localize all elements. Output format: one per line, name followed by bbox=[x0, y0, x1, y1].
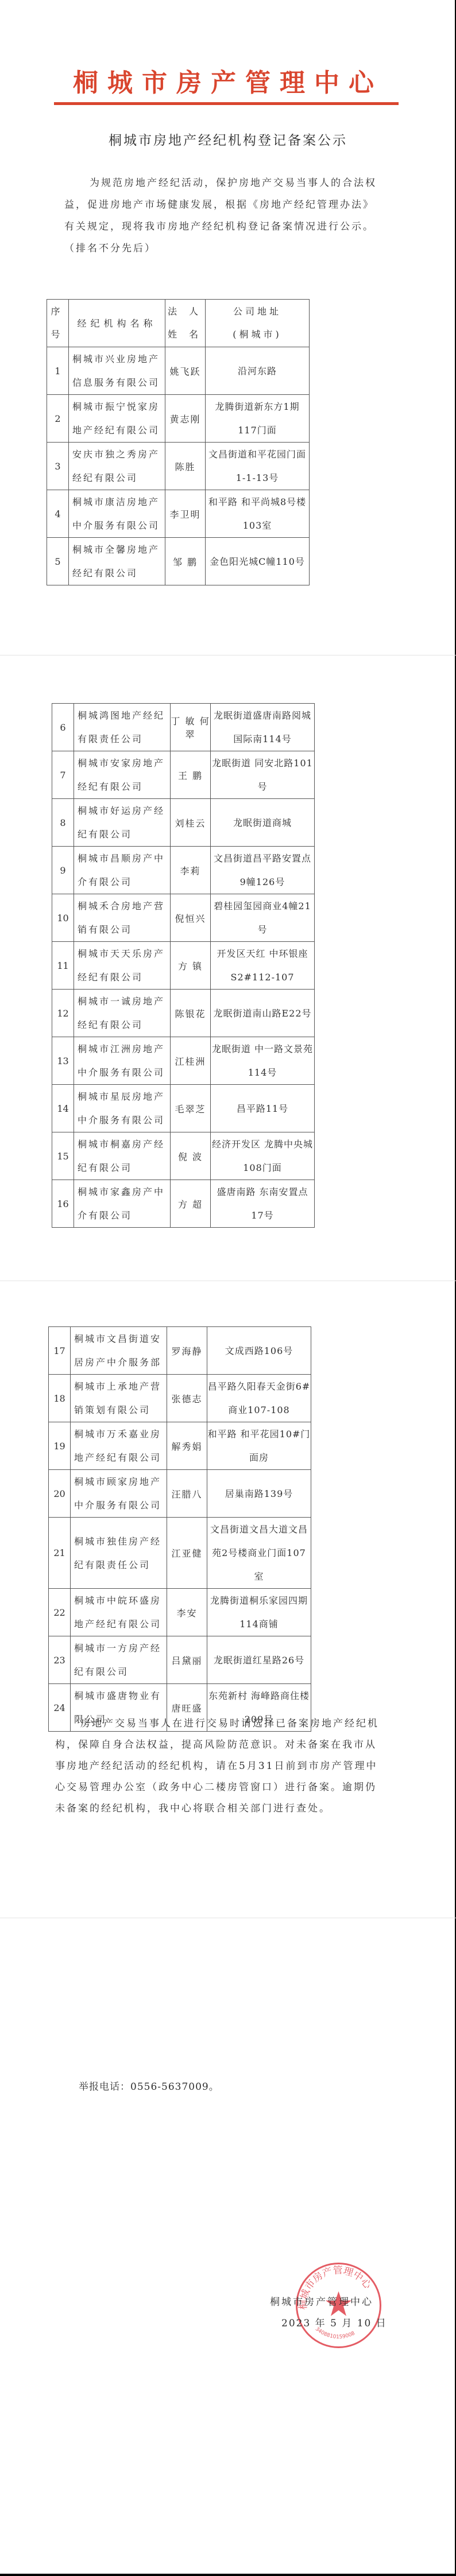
registry-table-part-2: 6桐城鸿图地产经纪有限责任公司丁 敏 何翠龙眠街道盛唐南路阅城国际南114号7桐… bbox=[52, 703, 315, 1228]
legal-representative: 黄志刚 bbox=[165, 395, 206, 443]
legal-representative: 张德志 bbox=[167, 1375, 207, 1422]
row-number: 21 bbox=[49, 1518, 71, 1589]
registry-table-part-3: 17桐城市文昌街道安居房产中介服务部罗海静文成西路106号18桐城市上承地产营销… bbox=[48, 1326, 311, 1732]
agency-name: 桐城市安家房地产经纪有限公司 bbox=[74, 751, 171, 799]
agency-name: 安庆市独之秀房产经纪有限公司 bbox=[69, 443, 165, 490]
table-row: 19桐城市万禾嘉业房地产经纪有限公司解秀娟和平路 和平花园10#门面房 bbox=[49, 1422, 311, 1470]
agency-name: 桐城市一诚房地产经纪有限公司 bbox=[74, 990, 171, 1037]
company-address: 龙眠街道红星路26号 bbox=[207, 1636, 311, 1684]
masthead-org-name: 桐城市房产管理中心 bbox=[0, 62, 456, 99]
table-row: 16桐城市家鑫房产中介有限公司方 超盛唐南路 东南安置点17号 bbox=[52, 1180, 315, 1228]
company-address: 昌平路11号 bbox=[211, 1085, 315, 1132]
row-number: 18 bbox=[49, 1375, 71, 1422]
header-no: 序号 bbox=[47, 300, 69, 347]
registry-table-part-1: 序号 经纪机构名称 法 人姓 名 公司地址(桐城市) 1桐城市兴业房地产信息服务… bbox=[47, 299, 310, 585]
legal-representative: 姚飞跃 bbox=[165, 347, 206, 395]
table-row: 18桐城市上承地产营销策划有限公司张德志昌平路久阳春天金街6#商业107-108 bbox=[49, 1375, 311, 1422]
company-address: 龙眠街道盛唐南路阅城国际南114号 bbox=[211, 704, 315, 751]
row-number: 23 bbox=[49, 1636, 71, 1684]
legal-representative: 江桂洲 bbox=[171, 1037, 211, 1085]
agency-name: 桐城市昌顺房产中介有限公司 bbox=[74, 847, 171, 894]
agency-name: 桐城市星辰房地产中介服务有限公司 bbox=[74, 1085, 171, 1132]
company-address: 沿河东路 bbox=[206, 347, 310, 395]
agency-name: 桐城市桐嘉房产经纪有限公司 bbox=[74, 1132, 171, 1180]
table-row: 17桐城市文昌街道安居房产中介服务部罗海静文成西路106号 bbox=[49, 1327, 311, 1375]
agency-name: 桐城市天天乐房产经纪有限公司 bbox=[74, 942, 171, 990]
legal-representative: 李安 bbox=[167, 1589, 207, 1636]
agency-name: 桐城市振宁悦家房地产经纪有限公司 bbox=[69, 395, 165, 443]
legal-representative: 方 镇 bbox=[171, 942, 211, 990]
table-row: 1桐城市兴业房地产信息服务有限公司姚飞跃沿河东路 bbox=[47, 347, 310, 395]
table-row: 9桐城市昌顺房产中介有限公司李莉文昌街道昌平路安置点9幢126号 bbox=[52, 847, 315, 894]
row-number: 22 bbox=[49, 1589, 71, 1636]
agency-name: 桐城市顾家房地产中介服务有限公司 bbox=[71, 1470, 167, 1518]
company-address: 文昌街道文昌大道文昌苑2号楼商业门面107室 bbox=[207, 1518, 311, 1589]
report-phone: 举报电话：0556-5637009。 bbox=[79, 2078, 219, 2093]
legal-representative: 丁 敏 何翠 bbox=[171, 704, 211, 751]
company-address: 金色阳光城C幢110号 bbox=[206, 538, 310, 585]
row-number: 4 bbox=[47, 490, 69, 538]
signature-date: 2023 年 5 月 10 日 bbox=[281, 2315, 387, 2329]
row-number: 19 bbox=[49, 1422, 71, 1470]
table-row: 23桐城市一方房产经纪有限公司吕黛丽龙眠街道红星路26号 bbox=[49, 1636, 311, 1684]
company-address: 开发区天红 中环银座S2#112-107 bbox=[211, 942, 315, 990]
row-number: 1 bbox=[47, 347, 69, 395]
agency-name: 桐城市好运房产经纪有限公司 bbox=[74, 799, 171, 847]
company-address: 龙眠街道 同安北路101号 bbox=[211, 751, 315, 799]
table-row: 10桐城禾合房地产营销有限公司倪恒兴碧桂园玺园商业4幢21号 bbox=[52, 894, 315, 942]
signature-org: 桐城市房产管理中心 bbox=[270, 2294, 373, 2308]
company-address: 和平路 和平尚城8号楼103室 bbox=[206, 490, 310, 538]
agency-name: 桐城市独佳房产经纪有限责任公司 bbox=[71, 1518, 167, 1589]
legal-representative: 毛翠芝 bbox=[171, 1085, 211, 1132]
row-number: 3 bbox=[47, 443, 69, 490]
legal-representative: 李莉 bbox=[171, 847, 211, 894]
table-row: 22桐城市中皖环盛房地产经纪有限公司李安龙腾街道桐乐家园四期114商铺 bbox=[49, 1589, 311, 1636]
agency-name: 桐城市一方房产经纪有限公司 bbox=[71, 1636, 167, 1684]
legal-representative: 倪 波 bbox=[171, 1132, 211, 1180]
row-number: 13 bbox=[52, 1037, 74, 1085]
company-address: 经济开发区 龙腾中央城108门面 bbox=[211, 1132, 315, 1180]
header-legal-rep: 法 人姓 名 bbox=[165, 300, 206, 347]
agency-name: 桐城市康洁房地产中介服务有限公司 bbox=[69, 490, 165, 538]
document-title: 桐城市房地产经纪机构登记备案公示 bbox=[0, 130, 456, 149]
legal-representative: 汪腊八 bbox=[167, 1470, 207, 1518]
table-row: 20桐城市顾家房地产中介服务有限公司汪腊八居巢南路139号 bbox=[49, 1470, 311, 1518]
company-address: 文昌街道昌平路安置点9幢126号 bbox=[211, 847, 315, 894]
row-number: 9 bbox=[52, 847, 74, 894]
table-row: 4桐城市康洁房地产中介服务有限公司李卫明和平路 和平尚城8号楼103室 bbox=[47, 490, 310, 538]
agency-name: 桐城市万禾嘉业房地产经纪有限公司 bbox=[71, 1422, 167, 1470]
row-number: 15 bbox=[52, 1132, 74, 1180]
notice-paragraph: 房地产交易当事人在进行交易时请选择已备案房地产经纪机构，保障自身合法权益，提高风… bbox=[55, 1713, 382, 1820]
legal-representative: 李卫明 bbox=[165, 490, 206, 538]
agency-name: 桐城市中皖环盛房地产经纪有限公司 bbox=[71, 1589, 167, 1636]
company-address: 碧桂园玺园商业4幢21号 bbox=[211, 894, 315, 942]
agency-name: 桐城市全馨房地产经纪有限公司 bbox=[69, 538, 165, 585]
header-agency-name: 经纪机构名称 bbox=[69, 300, 165, 347]
page-break-1 bbox=[0, 655, 456, 655]
legal-representative: 邹 鹏 bbox=[165, 538, 206, 585]
agency-name: 桐城鸿图地产经纪有限责任公司 bbox=[74, 704, 171, 751]
row-number: 20 bbox=[49, 1470, 71, 1518]
table-row: 7桐城市安家房地产经纪有限公司王 鹏龙眠街道 同安北路101号 bbox=[52, 751, 315, 799]
company-address: 龙腾街道桐乐家园四期114商铺 bbox=[207, 1589, 311, 1636]
company-address: 文成西路106号 bbox=[207, 1327, 311, 1375]
company-address: 盛唐南路 东南安置点17号 bbox=[211, 1180, 315, 1228]
legal-representative: 解秀娟 bbox=[167, 1422, 207, 1470]
page-frame-bottom bbox=[0, 2574, 456, 2576]
agency-name: 桐城市家鑫房产中介有限公司 bbox=[74, 1180, 171, 1228]
agency-name: 桐城市兴业房地产信息服务有限公司 bbox=[69, 347, 165, 395]
company-address: 居巢南路139号 bbox=[207, 1470, 311, 1518]
company-address: 和平路 和平花园10#门面房 bbox=[207, 1422, 311, 1470]
table-row: 14桐城市星辰房地产中介服务有限公司毛翠芝昌平路11号 bbox=[52, 1085, 315, 1132]
row-number: 8 bbox=[52, 799, 74, 847]
row-number: 5 bbox=[47, 538, 69, 585]
row-number: 7 bbox=[52, 751, 74, 799]
row-number: 10 bbox=[52, 894, 74, 942]
legal-representative: 罗海静 bbox=[167, 1327, 207, 1375]
legal-representative: 倪恒兴 bbox=[171, 894, 211, 942]
table-row: 2桐城市振宁悦家房地产经纪有限公司黄志刚龙腾街道新东方1期117门面 bbox=[47, 395, 310, 443]
legal-representative: 王 鹏 bbox=[171, 751, 211, 799]
row-number: 17 bbox=[49, 1327, 71, 1375]
legal-representative: 江亚健 bbox=[167, 1518, 207, 1589]
row-number: 16 bbox=[52, 1180, 74, 1228]
company-address: 龙眠街道 中一路文景苑114号 bbox=[211, 1037, 315, 1085]
company-address: 龙眠街道商城 bbox=[211, 799, 315, 847]
agency-name: 桐城市文昌街道安居房产中介服务部 bbox=[71, 1327, 167, 1375]
masthead-rule bbox=[54, 102, 399, 105]
table-row: 12桐城市一诚房地产经纪有限公司陈银花龙眠街道南山路E22号 bbox=[52, 990, 315, 1037]
table-row: 15桐城市桐嘉房产经纪有限公司倪 波经济开发区 龙腾中央城108门面 bbox=[52, 1132, 315, 1180]
row-number: 6 bbox=[52, 704, 74, 751]
table-row: 21桐城市独佳房产经纪有限责任公司江亚健文昌街道文昌大道文昌苑2号楼商业门面10… bbox=[49, 1518, 311, 1589]
row-number: 12 bbox=[52, 990, 74, 1037]
agency-name: 桐城禾合房地产营销有限公司 bbox=[74, 894, 171, 942]
company-address: 龙腾街道新东方1期117门面 bbox=[206, 395, 310, 443]
table-row: 5桐城市全馨房地产经纪有限公司邹 鹏金色阳光城C幢110号 bbox=[47, 538, 310, 585]
row-number: 11 bbox=[52, 942, 74, 990]
legal-representative: 方 超 bbox=[171, 1180, 211, 1228]
page-break-3 bbox=[0, 1918, 456, 1918]
company-address: 龙眠街道南山路E22号 bbox=[211, 990, 315, 1037]
company-address: 昌平路久阳春天金街6#商业107-108 bbox=[207, 1375, 311, 1422]
table-row: 6桐城鸿图地产经纪有限责任公司丁 敏 何翠龙眠街道盛唐南路阅城国际南114号 bbox=[52, 704, 315, 751]
table-row: 11桐城市天天乐房产经纪有限公司方 镇开发区天红 中环银座S2#112-107 bbox=[52, 942, 315, 990]
table-row: 13桐城市江洲房地产中介服务有限公司江桂洲龙眠街道 中一路文景苑114号 bbox=[52, 1037, 315, 1085]
row-number: 2 bbox=[47, 395, 69, 443]
agency-name: 桐城市上承地产营销策划有限公司 bbox=[71, 1375, 167, 1422]
header-address: 公司地址(桐城市) bbox=[206, 300, 310, 347]
legal-representative: 陈银花 bbox=[171, 990, 211, 1037]
legal-representative: 刘桂云 bbox=[171, 799, 211, 847]
intro-paragraph: 为规范房地产经纪活动，保护房地产交易当事人的合法权益，促进房地产市场健康发展，根… bbox=[64, 172, 379, 259]
page-break-2 bbox=[0, 1281, 456, 1281]
table-row: 8桐城市好运房产经纪有限公司刘桂云龙眠街道商城 bbox=[52, 799, 315, 847]
legal-representative: 陈胜 bbox=[165, 443, 206, 490]
table-header-row: 序号 经纪机构名称 法 人姓 名 公司地址(桐城市) bbox=[47, 300, 310, 347]
legal-representative: 吕黛丽 bbox=[167, 1636, 207, 1684]
agency-name: 桐城市江洲房地产中介服务有限公司 bbox=[74, 1037, 171, 1085]
row-number: 14 bbox=[52, 1085, 74, 1132]
company-address: 文昌街道和平花园门面1-1-13号 bbox=[206, 443, 310, 490]
table-row: 3安庆市独之秀房产经纪有限公司陈胜文昌街道和平花园门面1-1-13号 bbox=[47, 443, 310, 490]
